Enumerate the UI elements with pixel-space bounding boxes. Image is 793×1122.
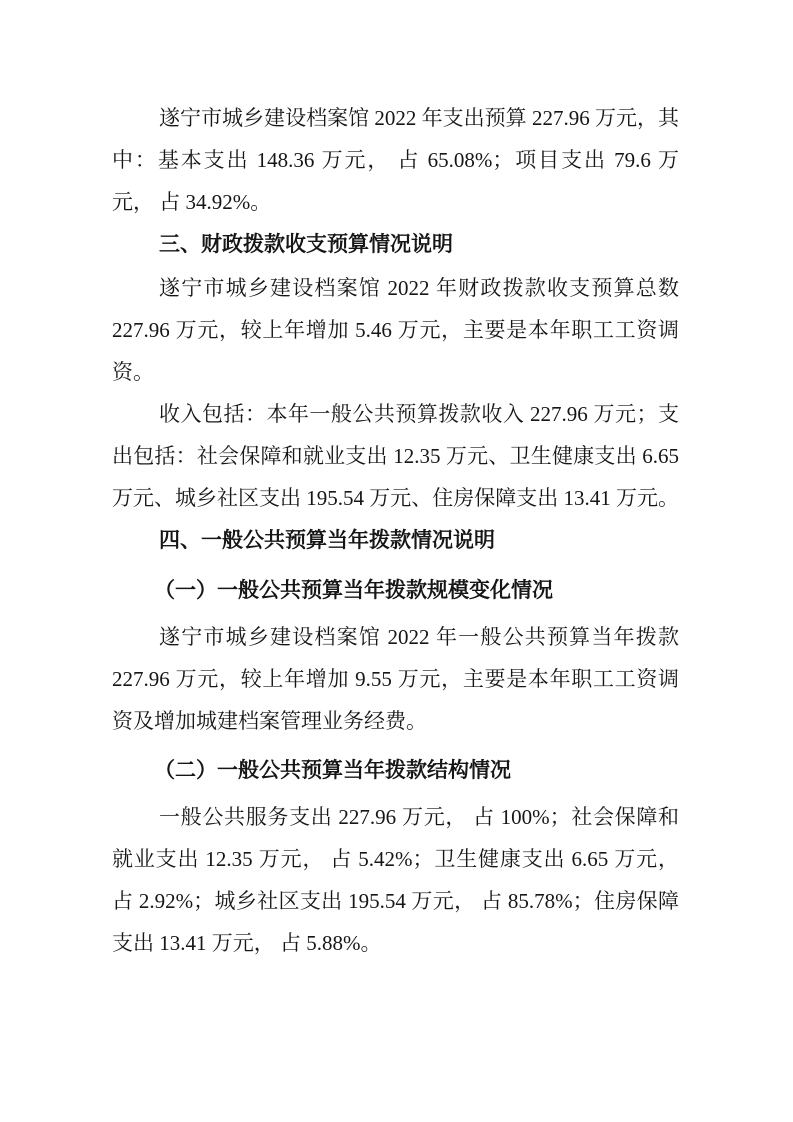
- body-paragraph: 一般公共服务支出 227.96 万元， 占 100%；社会保障和就业支出 12.…: [112, 796, 679, 964]
- section-heading: 四、一般公共预算当年拨款情况说明: [112, 520, 679, 562]
- document-page: 遂宁市城乡建设档案馆 2022 年支出预算 227.96 万元，其中：基本支出 …: [0, 0, 793, 1122]
- sub-section-heading: （二）一般公共预算当年拨款结构情况: [112, 749, 679, 791]
- body-paragraph: 遂宁市城乡建设档案馆 2022 年财政拨款收支预算总数 227.96 万元，较上…: [112, 267, 679, 393]
- body-paragraph: 收入包括：本年一般公共预算拨款收入 227.96 万元；支出包括：社会保障和就业…: [112, 393, 679, 519]
- document-content: 遂宁市城乡建设档案馆 2022 年支出预算 227.96 万元，其中：基本支出 …: [112, 97, 679, 964]
- body-paragraph: 遂宁市城乡建设档案馆 2022 年支出预算 227.96 万元，其中：基本支出 …: [112, 97, 679, 223]
- sub-section-heading: （一）一般公共预算当年拨款规模变化情况: [112, 569, 679, 611]
- section-heading: 三、财政拨款收支预算情况说明: [112, 224, 679, 266]
- body-paragraph: 遂宁市城乡建设档案馆 2022 年一般公共预算当年拨款 227.96 万元，较上…: [112, 616, 679, 742]
